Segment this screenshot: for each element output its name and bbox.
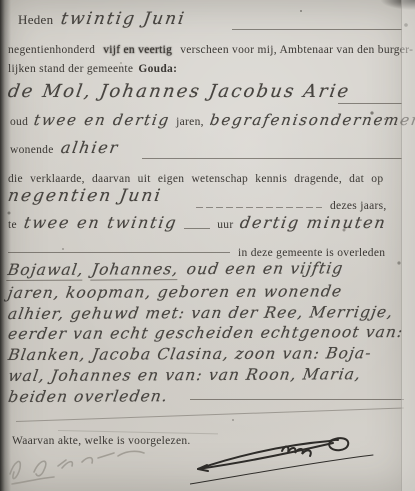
blank-rule-short: [184, 228, 210, 229]
deceased-text: Blanken, Jacoba Clasina, zoon van: Boja-: [7, 346, 373, 363]
declaration-line: die verklaarde, daarvan uit eigen wetens…: [8, 169, 406, 187]
deceased-surname-handwritten: Bojawal,: [6, 263, 85, 281]
blank-rule: [190, 399, 404, 400]
opening-line: Heden twintig Juni: [18, 11, 186, 28]
blank-rule: [232, 29, 402, 30]
deceased-text: eerder van echt gescheiden echtgenoot va…: [7, 325, 405, 343]
wonende-label: wonende: [10, 144, 54, 156]
signature-official-faint: [2, 444, 152, 490]
paper-specks: [0, 0, 2, 2]
deceased-line-1: Bojawal, Johannes, oud een en vijftig: [8, 261, 410, 284]
year-text-a: negentienhonderd: [8, 44, 95, 56]
blank-rule: [8, 252, 230, 253]
jaren-label: jaren,: [176, 116, 204, 128]
deceased-line-7: beiden overleden.: [8, 386, 410, 409]
deceased-block: Bojawal, Johannes, oud een en vijftig ja…: [8, 261, 411, 409]
minutes-handwritten: dertig minuten: [239, 215, 388, 231]
deceased-line-2: jaren, koopman, geboren en wonende: [8, 282, 410, 305]
blank-rule: [338, 103, 402, 104]
year-line: negentienhonderd vijf en veertig versche…: [8, 40, 406, 58]
year-text-c: verscheen voor mij, Ambtenaar van den bu…: [180, 44, 413, 56]
te-label: te: [8, 219, 17, 231]
overleden-text: in deze gemeente is overleden: [238, 247, 385, 259]
deceased-text: wal, Johannes en van: van Roon, Maria,: [7, 367, 362, 384]
hour-handwritten: twee en twintig: [23, 215, 179, 231]
time-line: te twee en twintig uur dertig minuten: [8, 215, 387, 231]
residence-line: wonende alhier: [10, 140, 119, 156]
blank-rule: [142, 158, 402, 159]
blank-rule-dashed: [196, 207, 322, 208]
residence-handwritten: alhier: [59, 140, 120, 156]
declarant-name-line: de Mol, Johannes Jacobus Arie: [8, 83, 350, 102]
death-date-handwritten: negentien Juni: [7, 188, 163, 205]
deceased-text: alhier, gehuwd met: van der Ree, Merrigj…: [7, 305, 395, 323]
heden-label: Heden: [18, 12, 53, 28]
occupation-handwritten: begrafenisondernemer: [209, 113, 415, 128]
death-date-line: negentien Juni: [8, 188, 162, 206]
age-handwritten: twee en dertig: [33, 113, 171, 128]
declaration-text: die verklaarde, daarvan uit eigen wetens…: [8, 173, 383, 185]
deceased-text: beiden overleden.: [7, 389, 169, 405]
municipality-text: lijken stand der gemeente: [8, 63, 133, 75]
year-text-b: vijf en veertig: [103, 44, 172, 56]
age-occupation-line: oud twee en dertig jaren, begrafenisonde…: [10, 113, 415, 128]
dezes-jaars: dezes jaars,: [330, 196, 387, 214]
deceased-firstname-handwritten: Johannes,: [90, 262, 179, 280]
uur-label: uur: [217, 219, 233, 231]
deceased-text: jaren, koopman, geboren en wonende: [7, 284, 344, 301]
municipality-name: Gouda:: [138, 63, 177, 75]
declarant-name-handwritten: de Mol, Johannes Jacobus Arie: [7, 83, 352, 101]
deceased-line-3: alhier, gehuwd met: van der Ree, Merrigj…: [8, 303, 410, 326]
scan-strip-right: [401, 0, 415, 491]
oud-label: oud: [10, 116, 28, 128]
deceased-line-5: Blanken, Jacoba Clasina, zoon van: Boja-: [8, 344, 410, 367]
municipality-line: lijken stand der gemeente Gouda:: [8, 63, 177, 75]
dezes-jaars-label: dezes jaars,: [330, 200, 387, 212]
signature-declarant-bold: [190, 432, 375, 491]
registration-date-handwritten: twintig Juni: [60, 11, 187, 28]
death-certificate-scan: Heden twintig Juni negentienhonderd vijf…: [0, 0, 415, 491]
deceased-line-4: eerder van echt gescheiden echtgenoot va…: [8, 323, 410, 346]
overleden-line: in deze gemeente is overleden: [238, 243, 385, 261]
deceased-line-6: wal, Johannes en van: van Roon, Maria,: [8, 365, 410, 388]
scan-corner-top-right: [381, 0, 415, 10]
deceased-age-handwritten: oud een en vijftig: [185, 261, 344, 277]
faint-scratch-line: [16, 407, 404, 422]
